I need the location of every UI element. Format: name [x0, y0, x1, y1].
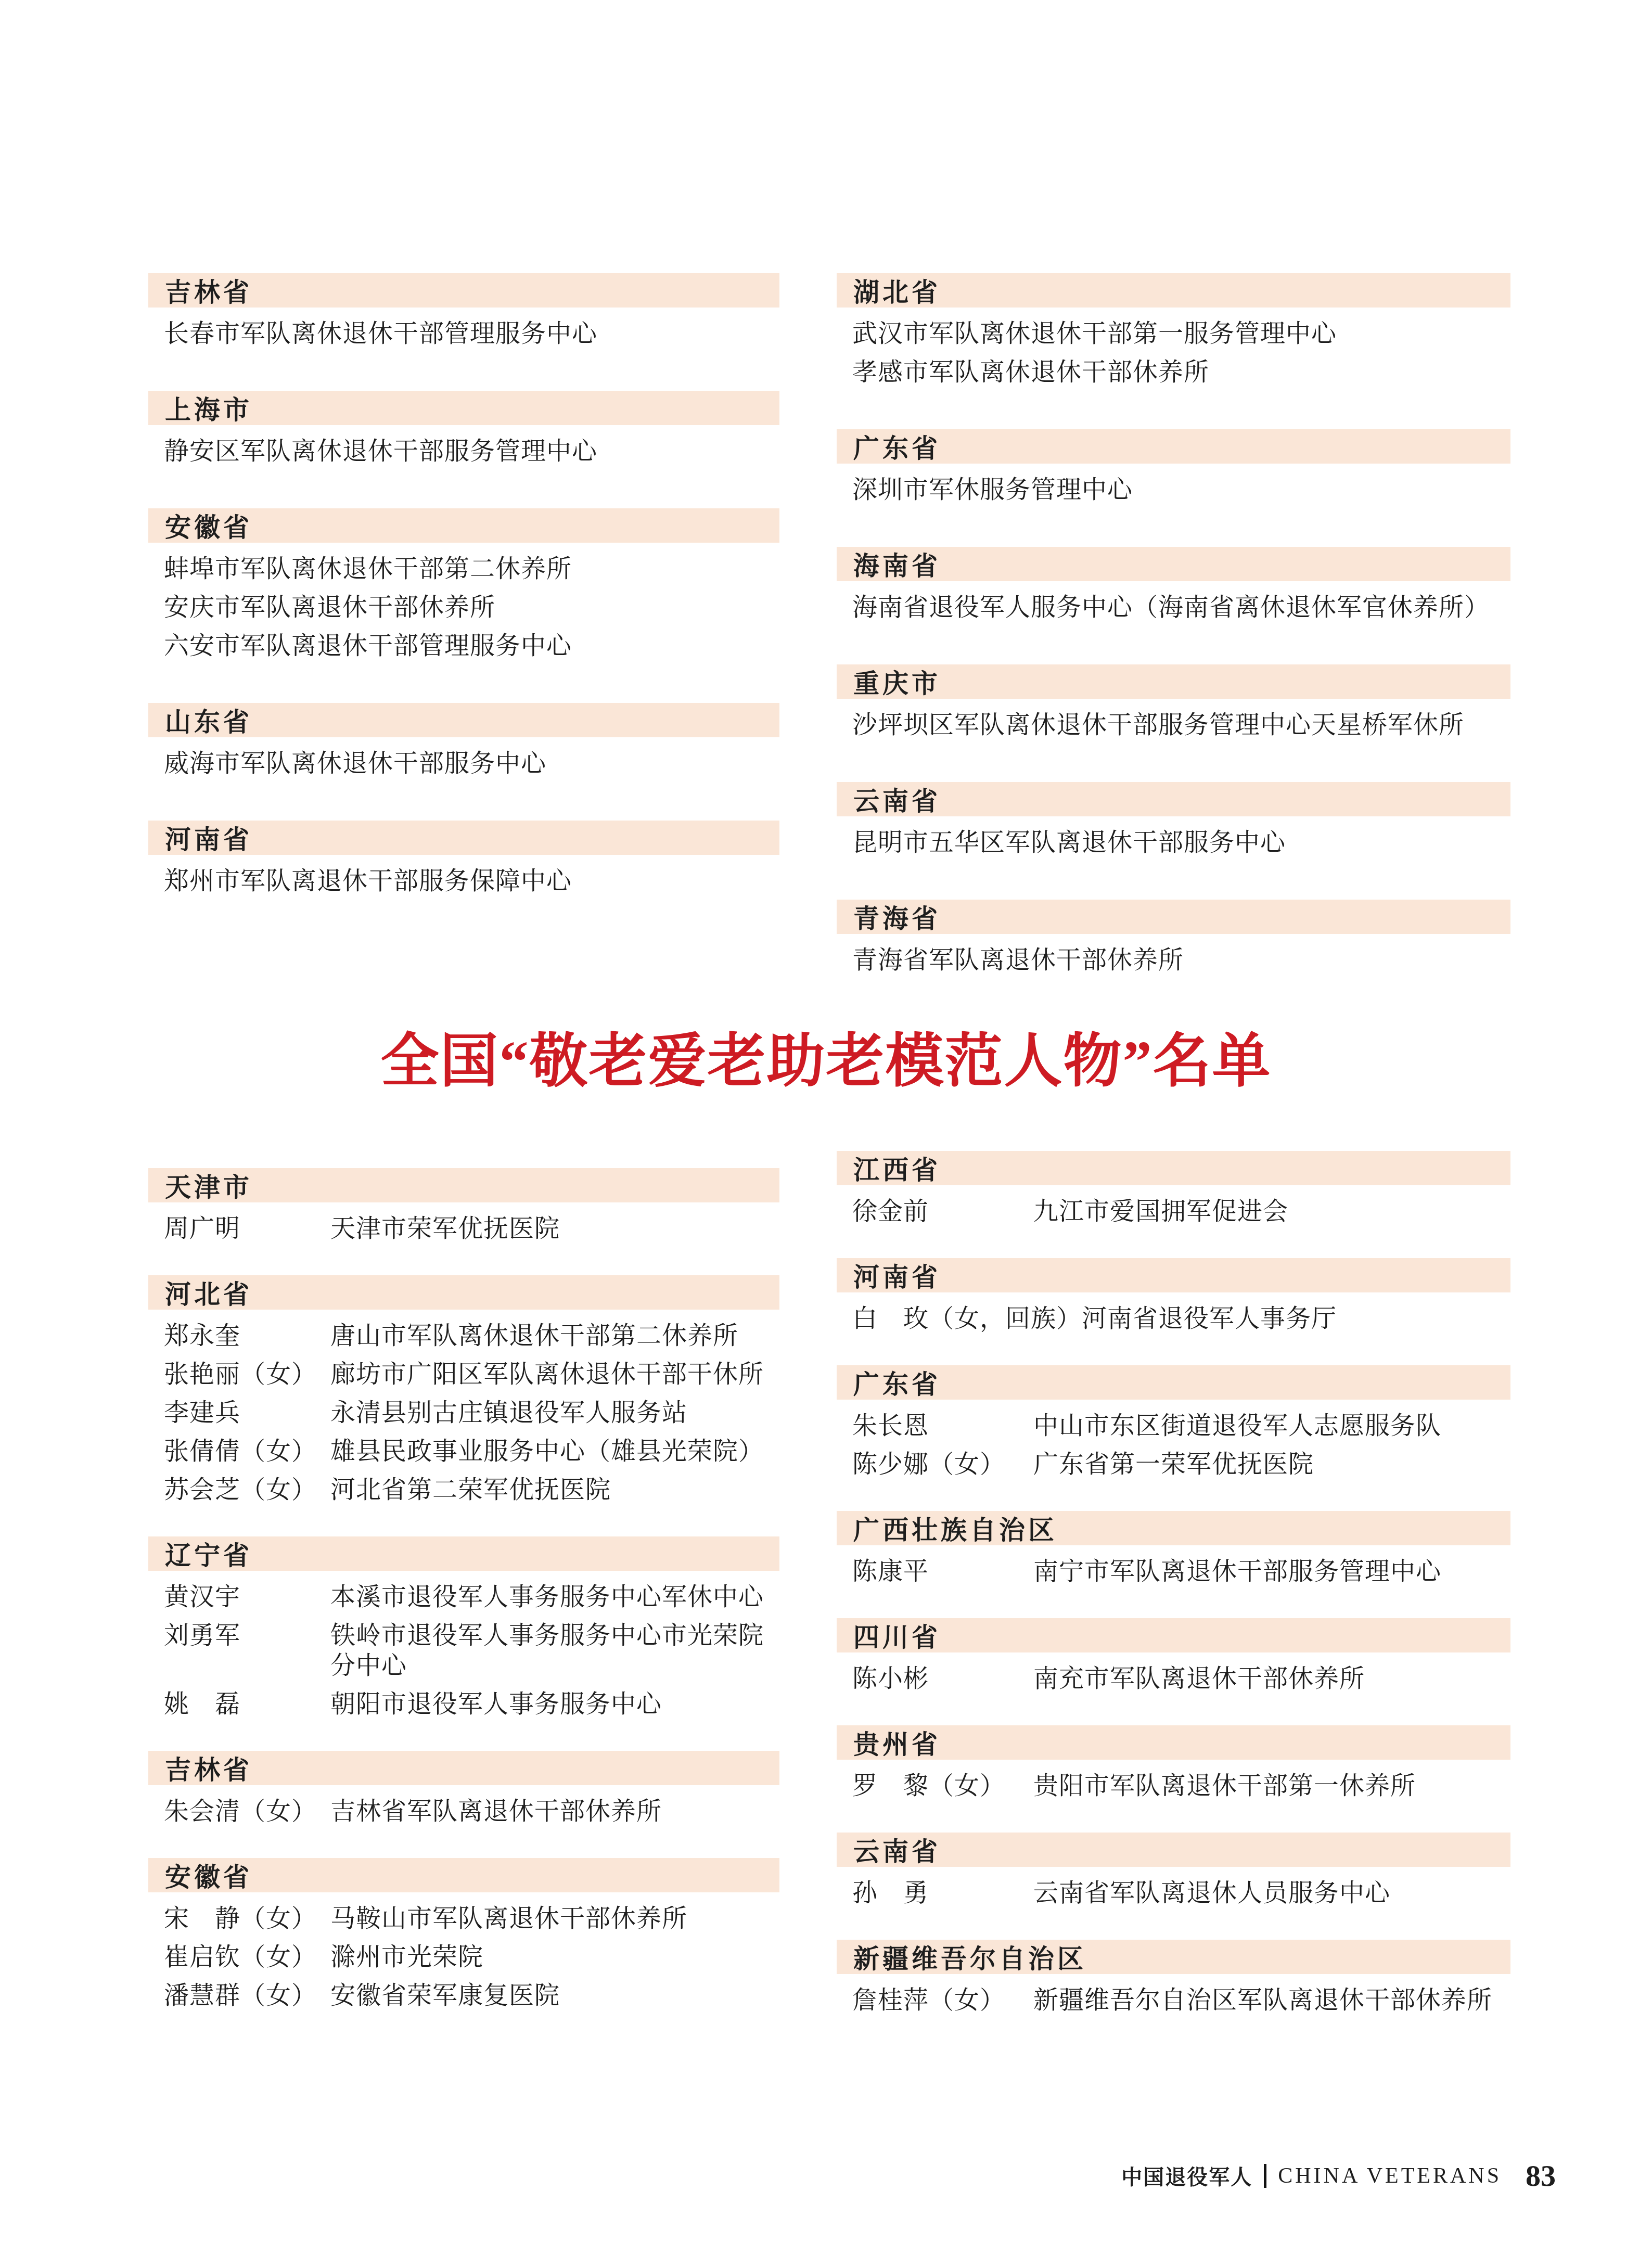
person-row: 潘慧群（女）安徽省荣军康复医院: [164, 1981, 779, 2011]
org-line: 深圳市军休服务管理中心: [852, 475, 1510, 505]
person-row: 苏会芝（女）河北省第二荣军优抚医院: [164, 1475, 779, 1505]
province-header: 广西壮族自治区: [837, 1511, 1510, 1545]
person-name: 张倩倩（女）: [164, 1437, 330, 1467]
province-label: 贵州省: [853, 1724, 941, 1761]
person-row: 陈少娜（女）广东省第一荣军优抚医院: [852, 1450, 1510, 1480]
province-section: 贵州省罗 黎（女）贵阳市军队离退休干部第一休养所: [837, 1725, 1510, 1801]
org-line: 孝感市军队离休退休干部休养所: [852, 357, 1510, 388]
province-section: 青海省青海省军队离退休干部休养所: [837, 900, 1510, 976]
person-org: 朝阳市退役军人事务服务中心: [330, 1689, 779, 1720]
page-title: 全国“敬老爱老助老模范人物”名单: [0, 1015, 1652, 1098]
person-name: 张艳丽（女）: [164, 1360, 330, 1390]
magazine-page: 吉林省长春市军队离休退休干部管理服务中心上海市静安区军队离休退休干部服务管理中心…: [0, 0, 1652, 2242]
person-name: 詹桂萍（女）: [852, 1985, 1033, 2016]
org-list-column-right: 湖北省武汉市军队离休退休干部第一服务管理中心孝感市军队离休退休干部休养所广东省深…: [837, 273, 1510, 1017]
province-header: 青海省: [837, 900, 1510, 934]
person-row: 徐金前九江市爱国拥军促进会: [852, 1197, 1510, 1227]
org-line: 安庆市军队离退休干部休养所: [164, 593, 779, 623]
province-section: 湖北省武汉市军队离休退休干部第一服务管理中心孝感市军队离休退休干部休养所: [837, 273, 1510, 388]
province-section: 新疆维吾尔自治区詹桂萍（女）新疆维吾尔自治区军队离退休干部休养所: [837, 1940, 1510, 2016]
person-name: 罗 黎（女）: [852, 1771, 1033, 1801]
person-name: 李建兵: [164, 1398, 330, 1428]
org-line: 六安市军队离退休干部管理服务中心: [164, 631, 779, 661]
person-row: 张艳丽（女）廊坊市广阳区军队离休退休干部干休所: [164, 1360, 779, 1390]
person-row: 张倩倩（女）雄县民政事业服务中心（雄县光荣院）: [164, 1437, 779, 1467]
province-header: 安徽省: [148, 508, 779, 543]
person-org: 永清县别古庄镇退役军人服务站: [330, 1398, 779, 1428]
person-org: 河南省退役军人事务厅: [1082, 1304, 1510, 1334]
person-name: 陈康平: [852, 1557, 1033, 1587]
province-header: 辽宁省: [148, 1536, 779, 1571]
person-row: 宋 静（女）马鞍山市军队离退休干部休养所: [164, 1904, 779, 1934]
province-header: 四川省: [837, 1618, 1510, 1652]
person-org: 天津市荣军优抚医院: [330, 1214, 779, 1244]
person-name: 刘勇军: [164, 1621, 330, 1651]
province-label: 湖北省: [853, 272, 941, 309]
province-section: 海南省海南省退役军人服务中心（海南省离休退休军官休养所）: [837, 547, 1510, 623]
person-org: 中山市东区街道退役军人志愿服务队: [1033, 1411, 1510, 1441]
person-name: 宋 静（女）: [164, 1904, 330, 1934]
province-header: 河南省: [837, 1258, 1510, 1292]
province-label: 四川省: [853, 1617, 941, 1654]
magazine-name-en: CHINA VETERANS: [1278, 2163, 1502, 2188]
province-label: 吉林省: [165, 1749, 252, 1787]
org-line: 威海市军队离休退休干部服务中心: [164, 749, 779, 779]
org-line: 青海省军队离退休干部休养所: [852, 945, 1510, 976]
page-number: 83: [1526, 2158, 1556, 2193]
person-name: 徐金前: [852, 1197, 1033, 1227]
person-row: 崔启钦（女）滁州市光荣院: [164, 1942, 779, 1972]
province-section: 河南省白 玫（女，回族）河南省退役军人事务厅: [837, 1258, 1510, 1334]
province-section: 山东省威海市军队离休退休干部服务中心: [148, 703, 779, 779]
person-name: 黄汉宇: [164, 1582, 330, 1612]
people-list-column-left: 天津市周广明天津市荣军优抚医院河北省郑永奎唐山市军队离休退休干部第二休养所张艳丽…: [148, 1168, 779, 2042]
person-org: 廊坊市广阳区军队离休退休干部干休所: [330, 1360, 779, 1390]
province-label: 江西省: [853, 1149, 941, 1187]
province-header: 吉林省: [148, 273, 779, 308]
province-section: 广东省朱长恩中山市东区街道退役军人志愿服务队陈少娜（女）广东省第一荣军优抚医院: [837, 1365, 1510, 1480]
province-section: 上海市静安区军队离休退休干部服务管理中心: [148, 391, 779, 467]
person-name: 朱会清（女）: [164, 1797, 330, 1827]
person-name: 朱长恩: [852, 1411, 1033, 1441]
person-row: 白 玫（女，回族）河南省退役军人事务厅: [852, 1304, 1510, 1334]
person-org: 滁州市光荣院: [330, 1942, 779, 1972]
province-section: 四川省陈小彬南充市军队离退休干部休养所: [837, 1618, 1510, 1694]
province-section: 重庆市沙坪坝区军队离休退休干部服务管理中心天星桥军休所: [837, 664, 1510, 740]
person-row: 黄汉宇本溪市退役军人事务服务中心军休中心: [164, 1582, 779, 1612]
province-section: 河北省郑永奎唐山市军队离休退休干部第二休养所张艳丽（女）廊坊市广阳区军队离休退休…: [148, 1275, 779, 1505]
person-org: 云南省军队离退休人员服务中心: [1033, 1878, 1510, 1908]
province-label: 新疆维吾尔自治区: [853, 1938, 1086, 1976]
province-header: 湖北省: [837, 273, 1510, 308]
province-section: 天津市周广明天津市荣军优抚医院: [148, 1168, 779, 1244]
province-label: 海南省: [853, 545, 941, 583]
person-org: 南宁市军队离退休干部服务管理中心: [1033, 1557, 1510, 1587]
province-section: 安徽省宋 静（女）马鞍山市军队离退休干部休养所崔启钦（女）滁州市光荣院潘慧群（女…: [148, 1858, 779, 2011]
org-line: 静安区军队离休退休干部服务管理中心: [164, 437, 779, 467]
province-label: 山东省: [165, 701, 252, 739]
person-org: 新疆维吾尔自治区军队离退休干部休养所: [1033, 1985, 1510, 2016]
province-header: 上海市: [148, 391, 779, 425]
province-section: 广西壮族自治区陈康平南宁市军队离退休干部服务管理中心: [837, 1511, 1510, 1587]
person-org: 本溪市退役军人事务服务中心军休中心: [330, 1582, 779, 1612]
province-label: 上海市: [165, 389, 252, 427]
person-org: 唐山市军队离休退休干部第二休养所: [330, 1321, 779, 1351]
person-row: 孙 勇云南省军队离退休人员服务中心: [852, 1878, 1510, 1908]
province-section: 江西省徐金前九江市爱国拥军促进会: [837, 1151, 1510, 1227]
person-row: 郑永奎唐山市军队离休退休干部第二休养所: [164, 1321, 779, 1351]
province-header: 贵州省: [837, 1725, 1510, 1760]
person-row: 朱长恩中山市东区街道退役军人志愿服务队: [852, 1411, 1510, 1441]
province-label: 广东省: [853, 428, 941, 465]
org-line: 蚌埠市军队离休退休干部第二休养所: [164, 554, 779, 584]
province-label: 青海省: [853, 898, 941, 936]
province-header: 河南省: [148, 821, 779, 855]
person-name: 陈小彬: [852, 1664, 1033, 1694]
person-name: 潘慧群（女）: [164, 1981, 330, 2011]
province-label: 河北省: [165, 1274, 252, 1311]
magazine-name-cn: 中国退役军人: [1121, 2161, 1252, 2190]
person-row: 姚 磊朝阳市退役军人事务服务中心: [164, 1689, 779, 1720]
province-header: 江西省: [837, 1151, 1510, 1185]
person-org: 贵阳市军队离退休干部第一休养所: [1033, 1771, 1510, 1801]
province-label: 广东省: [853, 1364, 941, 1401]
province-label: 辽宁省: [165, 1535, 252, 1572]
org-line: 郑州市军队离退休干部服务保障中心: [164, 866, 779, 896]
person-org: 南充市军队离退休干部休养所: [1033, 1664, 1510, 1694]
province-section: 安徽省蚌埠市军队离休退休干部第二休养所安庆市军队离退休干部休养所六安市军队离退休…: [148, 508, 779, 661]
person-name: 白 玫（女，回族）: [852, 1304, 1082, 1334]
province-section: 广东省深圳市军休服务管理中心: [837, 429, 1510, 505]
province-label: 河南省: [853, 1257, 941, 1294]
province-section: 吉林省长春市军队离休退休干部管理服务中心: [148, 273, 779, 349]
province-label: 云南省: [853, 1831, 941, 1868]
province-header: 天津市: [148, 1168, 779, 1202]
province-section: 河南省郑州市军队离退休干部服务保障中心: [148, 821, 779, 896]
province-label: 安徽省: [165, 1856, 252, 1894]
person-org: 广东省第一荣军优抚医院: [1033, 1450, 1510, 1480]
person-name: 苏会芝（女）: [164, 1475, 330, 1505]
person-name: 周广明: [164, 1214, 330, 1244]
province-header: 广东省: [837, 1365, 1510, 1400]
province-section: 辽宁省黄汉宇本溪市退役军人事务服务中心军休中心刘勇军铁岭市退役军人事务服务中心市…: [148, 1536, 779, 1720]
people-list-column-right: 江西省徐金前九江市爱国拥军促进会河南省白 玫（女，回族）河南省退役军人事务厅广东…: [837, 1151, 1510, 2047]
province-label: 广西壮族自治区: [853, 1509, 1057, 1547]
person-name: 崔启钦（女）: [164, 1942, 330, 1972]
footer-divider: [1264, 2164, 1266, 2188]
province-header: 云南省: [837, 1833, 1510, 1867]
person-org: 铁岭市退役军人事务服务中心市光荣院分中心: [330, 1621, 779, 1681]
person-row: 罗 黎（女）贵阳市军队离退休干部第一休养所: [852, 1771, 1510, 1801]
person-row: 陈康平南宁市军队离退休干部服务管理中心: [852, 1557, 1510, 1587]
org-line: 海南省退役军人服务中心（海南省离休退休军官休养所）: [852, 593, 1510, 623]
person-name: 姚 磊: [164, 1689, 330, 1720]
province-header: 河北省: [148, 1275, 779, 1310]
person-org: 安徽省荣军康复医院: [330, 1981, 779, 2011]
province-header: 广东省: [837, 429, 1510, 464]
person-name: 郑永奎: [164, 1321, 330, 1351]
person-org: 吉林省军队离退休干部休养所: [330, 1797, 779, 1827]
person-row: 詹桂萍（女）新疆维吾尔自治区军队离退休干部休养所: [852, 1985, 1510, 2016]
province-section: 云南省孙 勇云南省军队离退休人员服务中心: [837, 1833, 1510, 1908]
person-org: 雄县民政事业服务中心（雄县光荣院）: [330, 1437, 779, 1467]
province-header: 安徽省: [148, 1858, 779, 1892]
org-line: 长春市军队离休退休干部管理服务中心: [164, 319, 779, 349]
person-org: 河北省第二荣军优抚医院: [330, 1475, 779, 1505]
org-line: 武汉市军队离休退休干部第一服务管理中心: [852, 319, 1510, 349]
org-line: 沙坪坝区军队离休退休干部服务管理中心天星桥军休所: [852, 710, 1510, 740]
person-org: 马鞍山市军队离退休干部休养所: [330, 1904, 779, 1934]
province-label: 云南省: [853, 780, 941, 818]
person-name: 陈少娜（女）: [852, 1450, 1033, 1480]
person-org: 九江市爱国拥军促进会: [1033, 1197, 1510, 1227]
province-header: 山东省: [148, 703, 779, 737]
province-label: 吉林省: [165, 272, 252, 309]
province-label: 安徽省: [165, 507, 252, 544]
person-row: 刘勇军铁岭市退役军人事务服务中心市光荣院分中心: [164, 1621, 779, 1681]
org-list-column-left: 吉林省长春市军队离休退休干部管理服务中心上海市静安区军队离休退休干部服务管理中心…: [148, 273, 779, 938]
org-line: 昆明市五华区军队离退休干部服务中心: [852, 828, 1510, 858]
person-row: 李建兵永清县别古庄镇退役军人服务站: [164, 1398, 779, 1428]
province-header: 云南省: [837, 782, 1510, 816]
province-section: 吉林省朱会清（女）吉林省军队离退休干部休养所: [148, 1751, 779, 1827]
province-header: 海南省: [837, 547, 1510, 581]
province-label: 天津市: [165, 1167, 252, 1204]
province-label: 河南省: [165, 819, 252, 856]
province-header: 吉林省: [148, 1751, 779, 1785]
province-header: 重庆市: [837, 664, 1510, 699]
person-row: 陈小彬南充市军队离退休干部休养所: [852, 1664, 1510, 1694]
person-row: 周广明天津市荣军优抚医院: [164, 1214, 779, 1244]
province-section: 云南省昆明市五华区军队离退休干部服务中心: [837, 782, 1510, 858]
person-row: 朱会清（女）吉林省军队离退休干部休养所: [164, 1797, 779, 1827]
page-footer: 中国退役军人 CHINA VETERANS 83: [1121, 2158, 1556, 2193]
person-name: 孙 勇: [852, 1878, 1033, 1908]
province-label: 重庆市: [853, 663, 941, 700]
province-header: 新疆维吾尔自治区: [837, 1940, 1510, 1974]
